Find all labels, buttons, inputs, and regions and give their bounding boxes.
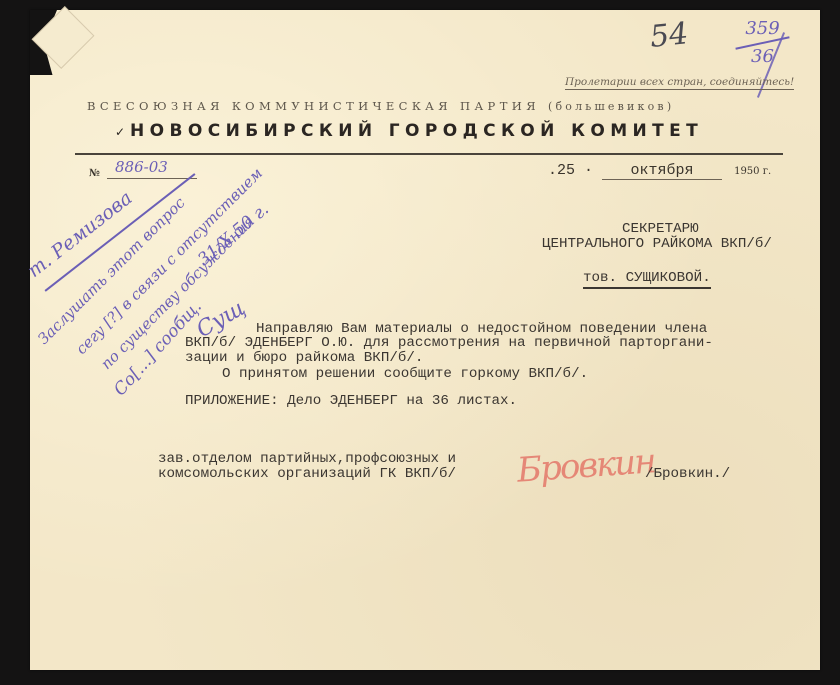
party-name-suffix: (большевиков): [548, 100, 674, 113]
body-line-2: ВКП/б/ ЭДЕНБЕРГ О.Ю. для рассмотрения на…: [185, 336, 713, 351]
addressee-line-3: тов. СУЩИКОВОЙ.: [583, 270, 711, 289]
date-year: 1950 г.: [734, 166, 771, 177]
signature-title-line-2: комсомольских организаций ГК ВКП/б/: [158, 466, 456, 482]
reference-number-value: 886-03: [115, 158, 168, 176]
reference-number: 886-03: [107, 158, 197, 179]
date-day: .25 ·: [548, 162, 593, 179]
party-name: ВСЕСОЮЗНАЯ КОММУНИСТИЧЕСКАЯ ПАРТИЯ (боль…: [87, 99, 674, 113]
document-date: .25 · октября 1950 г.: [548, 162, 771, 180]
letterhead-rule: [75, 153, 783, 155]
archive-page-number: 54: [648, 16, 690, 55]
signatory-name: /Бровкин./: [645, 466, 730, 482]
archive-fraction-bottom: 36: [735, 46, 790, 68]
date-month: октября: [602, 162, 722, 180]
date-day-value: 25: [557, 162, 575, 179]
body-line-3: зации и бюро райкома ВКП/б/.: [185, 351, 423, 366]
addressee-line-2: ЦЕНТРАЛЬНОГО РАЙКОМА ВКП/б/: [542, 236, 772, 252]
slogan: Пролетарии всех стран, соединяйтесь!: [565, 76, 794, 90]
check-mark-icon: ✓: [115, 125, 125, 139]
signature-title-line-1: зав.отделом партийных,профсоюзных и: [158, 451, 456, 467]
reference-label: №: [89, 168, 100, 179]
committee-name: НОВОСИБИРСКИЙ ГОРОДСКОЙ КОМИТЕТ: [130, 121, 703, 141]
body-line-4: О принятом решении сообщите горкому ВКП/…: [222, 367, 588, 382]
attachment-line: ПРИЛОЖЕНИЕ: Дело ЭДЕНБЕРГ на 36 листах.: [185, 394, 517, 409]
addressee-line-1: СЕКРЕТАРЮ: [622, 221, 699, 237]
archive-fraction: 359 36: [735, 18, 790, 68]
party-name-main: ВСЕСОЮЗНАЯ КОММУНИСТИЧЕСКАЯ ПАРТИЯ: [87, 99, 540, 113]
